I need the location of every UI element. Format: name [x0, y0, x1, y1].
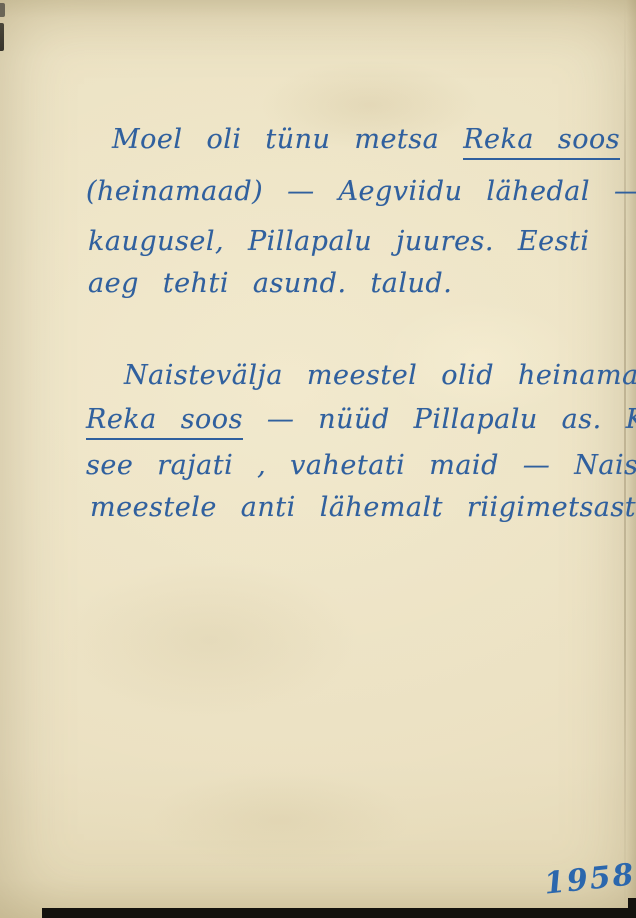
handwritten-line: Moel oli tünu metsa Reka soos: [112, 124, 620, 155]
handwritten-text: Moel oli tünu metsa: [112, 124, 463, 155]
handwritten-text: meestele anti lähemalt riigimetsast.: [90, 492, 636, 523]
scan-edge-corner: [628, 898, 636, 918]
handwritten-text: kaugusel, Pillapalu juures. Eesti: [88, 226, 589, 257]
handwritten-text: (heinamaad) — Aegviidu lähedal — 10 km: [86, 176, 636, 207]
underlined-place-name: Reka soos: [463, 124, 620, 160]
handwritten-line: (heinamaad) — Aegviidu lähedal — 10 km: [86, 176, 636, 207]
handwritten-line: aeg tehti asund. talud.: [88, 268, 452, 299]
scan-artifact-mark: [0, 3, 5, 17]
paper-stain: [150, 770, 410, 870]
scan-edge-bar: [42, 908, 636, 918]
handwritten-text: see rajati , vahetati maid — Naistevälja: [86, 450, 636, 481]
handwritten-line: Naistevälja meestel olid heinamaad: [124, 360, 636, 391]
paper-stain: [60, 560, 360, 720]
scanned-document-page: Moel oli tünu metsa Reka soos (heinamaad…: [0, 0, 636, 918]
handwritten-line: kaugusel, Pillapalu juures. Eesti: [88, 226, 589, 257]
year-annotation: 1958: [542, 857, 636, 901]
handwritten-text: — nüüd Pillapalu as. Kui: [243, 404, 636, 435]
handwritten-text: Naistevälja meestel olid heinamaad: [124, 360, 636, 391]
handwritten-line: Reka soos — nüüd Pillapalu as. Kui: [86, 404, 636, 435]
handwritten-text: aeg tehti asund. talud.: [88, 268, 452, 299]
handwritten-line: meestele anti lähemalt riigimetsast.: [90, 492, 636, 523]
underlined-place-name: Reka soos: [86, 404, 243, 440]
handwritten-line: see rajati , vahetati maid — Naistevälja: [86, 450, 636, 481]
scan-artifact-mark: [0, 23, 4, 51]
